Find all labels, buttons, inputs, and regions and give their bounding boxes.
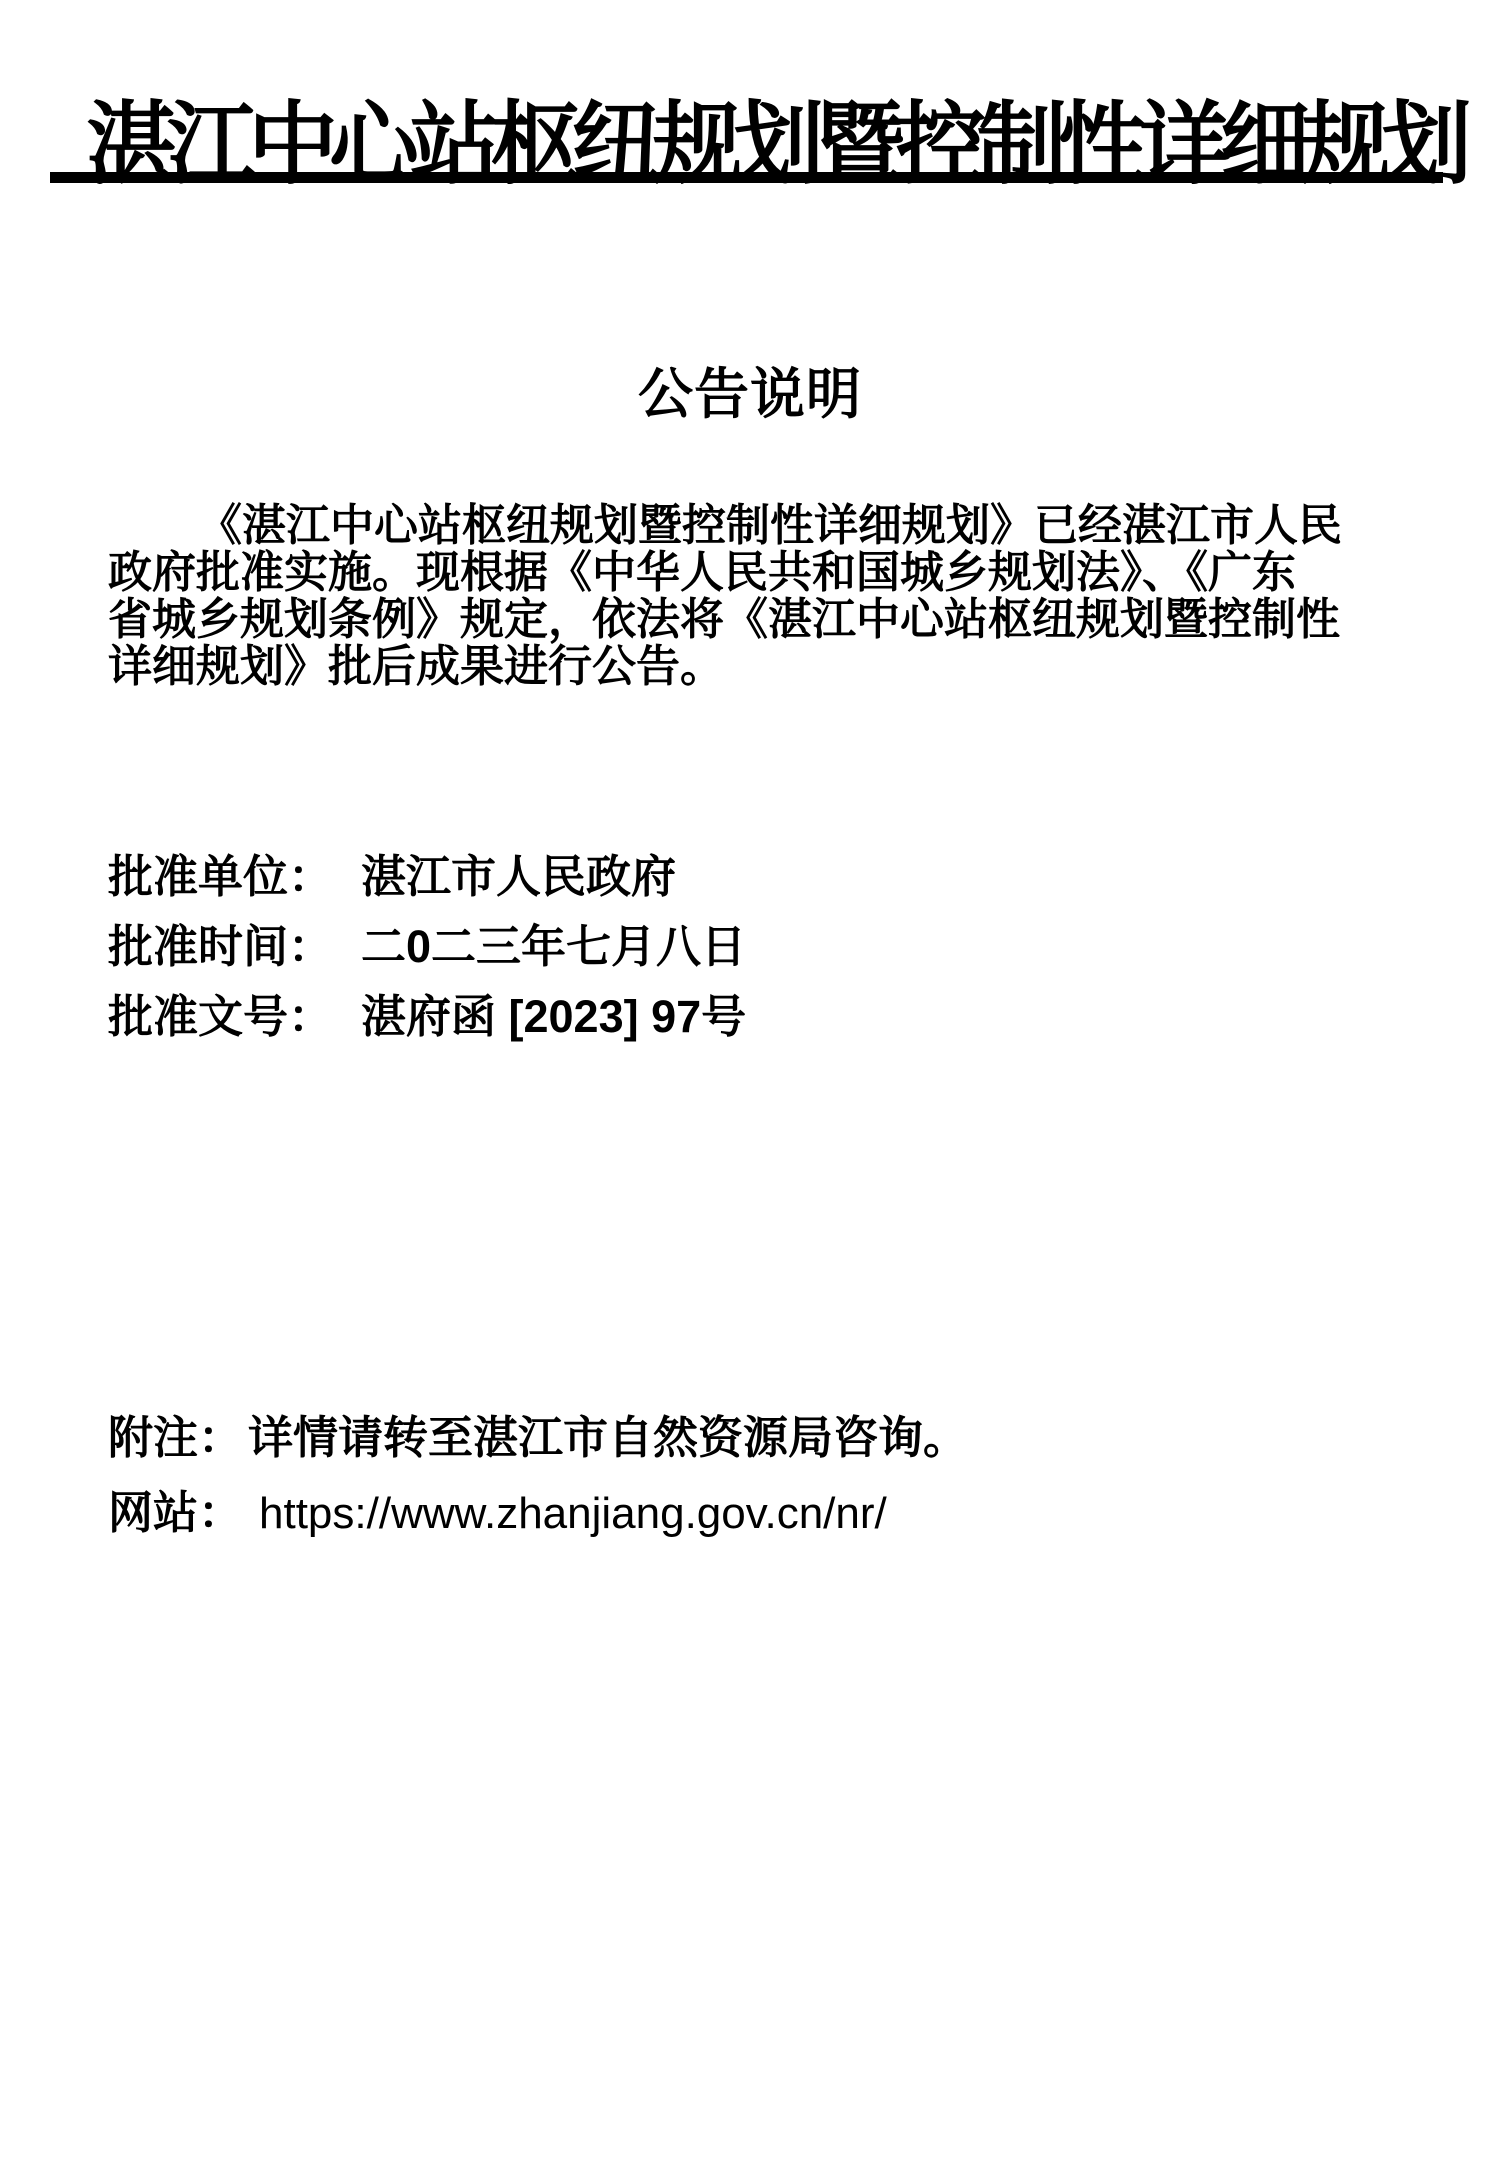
approval-doc-number-value: 湛府函 [2023] 97号 xyxy=(361,991,746,1042)
section-heading: 公告说明 xyxy=(0,364,1500,425)
remark-value: 详情请转至湛江市自然资源局咨询。 xyxy=(248,1412,968,1463)
remark-row: 附注：详情请转至湛江市自然资源局咨询。 xyxy=(108,1413,968,1463)
website-row: 网站：https://www.zhanjiang.gov.cn/nr/ xyxy=(108,1488,968,1539)
footer-notes-block: 附注：详情请转至湛江市自然资源局咨询。 网站：https://www.zhanj… xyxy=(108,1413,968,1564)
title-divider-rule xyxy=(50,172,1443,183)
document-page: 湛江中心站枢纽规划暨控制性详细规划 公告说明 《湛江中心站枢纽规划暨控制性详细规… xyxy=(0,0,1500,2167)
website-label: 网站： xyxy=(108,1487,243,1538)
approval-doc-number-label: 批准文号： xyxy=(108,991,333,1042)
paragraph-line: 《湛江中心站枢纽规划暨控制性详细规划》已经湛江市人民 xyxy=(108,502,1418,549)
approval-unit-label: 批准单位： xyxy=(108,851,333,902)
approval-date-value: 二0二三年七月八日 xyxy=(361,921,746,972)
approval-info-block: 批准单位：湛江市人民政府 批准时间：二0二三年七月八日 批准文号：湛府函 [20… xyxy=(108,853,746,1063)
paragraph-line: 详细规划》批后成果进行公告。 xyxy=(108,643,1418,690)
paragraph-line: 省城乡规划条例》规定，依法将《湛江中心站枢纽规划暨控制性 xyxy=(108,596,1418,643)
approval-unit-value: 湛江市人民政府 xyxy=(361,851,676,902)
approval-date-label: 批准时间： xyxy=(108,921,333,972)
website-url[interactable]: https://www.zhanjiang.gov.cn/nr/ xyxy=(259,1489,887,1538)
paragraph-line: 政府批准实施。现根据《中华人民共和国城乡规划法》、《广东 xyxy=(108,549,1418,596)
approval-doc-number-row: 批准文号：湛府函 [2023] 97号 xyxy=(108,993,746,1041)
announcement-paragraph: 《湛江中心站枢纽规划暨控制性详细规划》已经湛江市人民 政府批准实施。现根据《中华… xyxy=(108,502,1418,690)
remark-label: 附注： xyxy=(108,1412,243,1463)
approval-date-row: 批准时间：二0二三年七月八日 xyxy=(108,923,746,971)
approval-unit-row: 批准单位：湛江市人民政府 xyxy=(108,853,746,901)
